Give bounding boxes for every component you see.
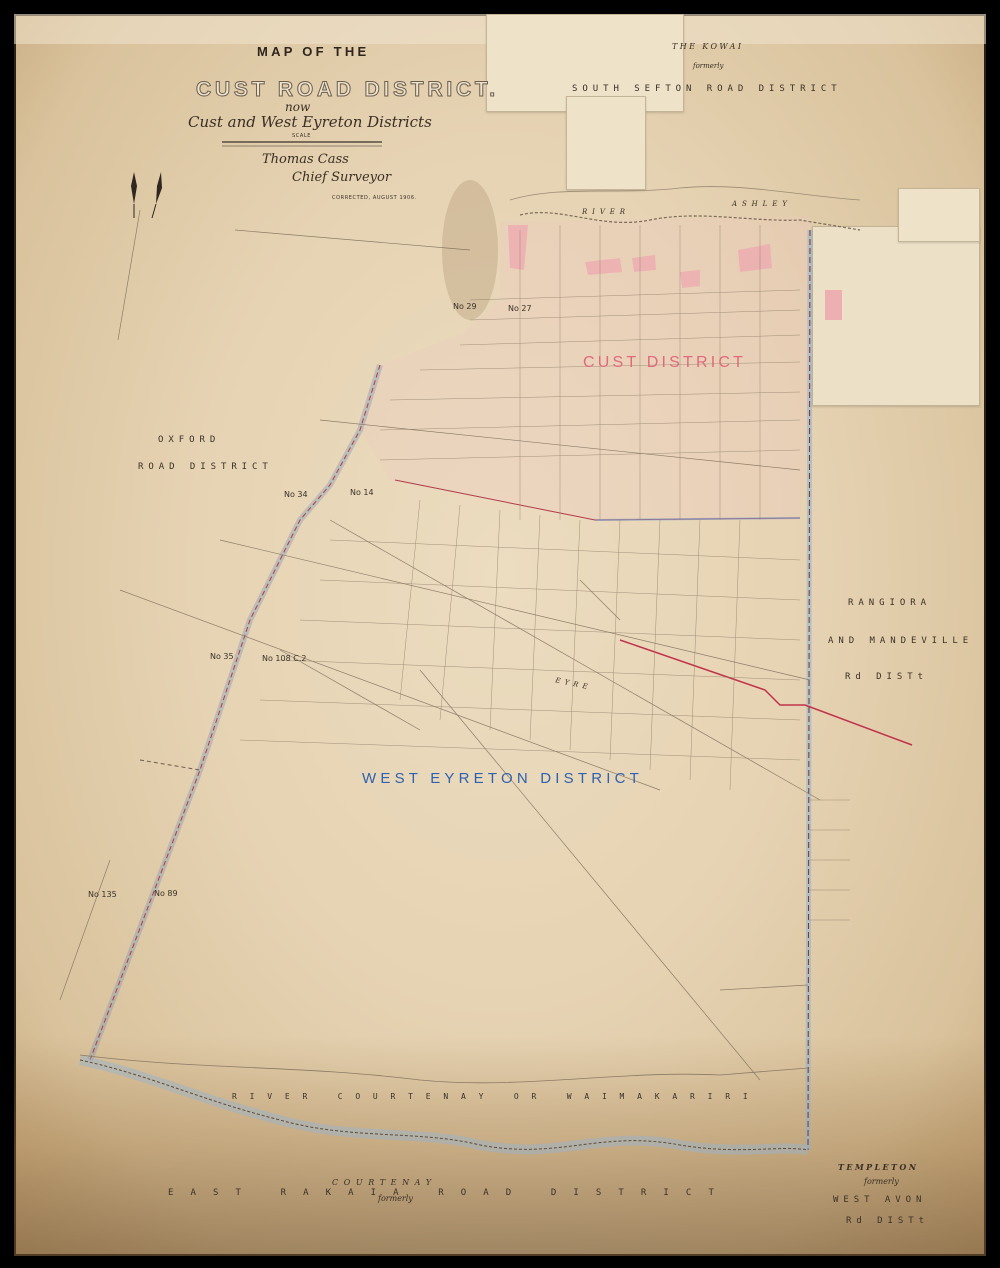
templeton-label: TEMPLETON: [838, 1162, 918, 1172]
oxford-label-1: OXFORD: [158, 435, 220, 445]
west-eyreton-label: WEST EYRETON DISTRICT: [362, 770, 643, 787]
map-title-line2: CUST ROAD DISTRICT.: [196, 78, 499, 102]
map-title-now: now: [285, 100, 310, 114]
cust-district-label: CUST DISTRICT: [583, 354, 746, 372]
scale-label: SCALE: [292, 133, 311, 139]
rangiora-label-1: RANGIORA: [848, 598, 931, 608]
north-arrow-icon: [126, 172, 170, 218]
kowai-label: THE KOWAI: [672, 42, 743, 51]
east-rakaia-label: EAST RAKAIA ROAD DISTRICT: [168, 1188, 731, 1198]
lot-label: No 135: [88, 890, 117, 899]
west-avon-label: WEST AVON: [833, 1195, 926, 1205]
courtenay-label: COURTENAY: [332, 1178, 437, 1187]
lot-label: No 27: [508, 304, 532, 313]
map-title-line1: MAP OF THE: [257, 44, 369, 59]
signature-line2: Chief Surveyor: [292, 170, 391, 185]
river-ashley-left: RIVER: [582, 208, 630, 216]
kowai-formerly: formerly: [693, 62, 723, 70]
signature-line1: Thomas Cass: [262, 152, 349, 167]
lot-label: No 108 C.2: [262, 654, 306, 663]
map-title-line3: Cust and West Eyreton Districts: [188, 113, 432, 131]
rangiora-label-2: AND MANDEVILLE: [828, 636, 973, 646]
south-sefton-label: SOUTH SEFTON ROAD DISTRICT: [572, 84, 842, 94]
lot-label: No 35: [210, 652, 234, 661]
lot-label: No 14: [350, 488, 374, 497]
waimakariri-label: RIVER COURTENAY OR WAIMAKARIRI: [232, 1092, 761, 1101]
river-ashley-right: ASHLEY: [732, 200, 792, 208]
templeton-formerly: formerly: [864, 1177, 899, 1186]
lot-label: No 29: [453, 302, 477, 311]
corrected-date: CORRECTED, AUGUST 1906.: [332, 195, 417, 201]
lot-label: No 89: [154, 889, 178, 898]
lot-label: No 34: [284, 490, 308, 499]
rangiora-label-3: Rd DISTt: [845, 672, 928, 682]
oxford-label-2: ROAD DISTRICT: [138, 462, 273, 472]
west-avon-dist: Rd DISTt: [846, 1216, 929, 1226]
